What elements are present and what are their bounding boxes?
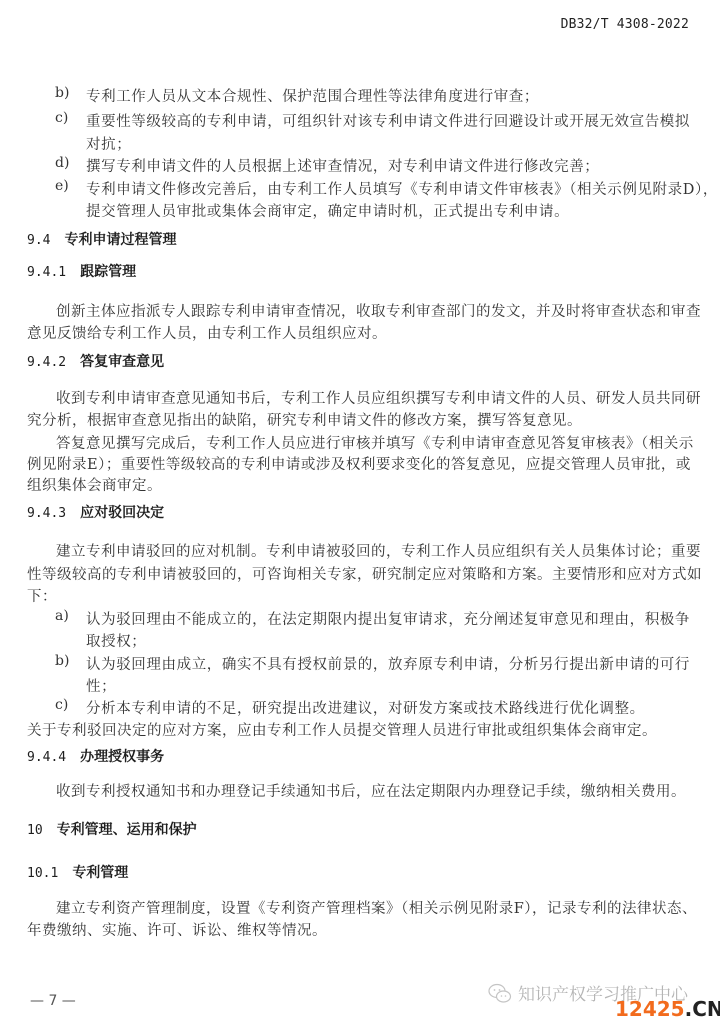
site-watermark: 12425.CN — [615, 997, 720, 1021]
list-item-text: 专利工作人员从文本合规性、保护范围合理性等法律角度进行审查； — [86, 85, 539, 106]
list-marker: b) — [55, 653, 69, 669]
paragraph-line: 例见附录E）；重要性等级较高的专利申请或涉及权利要求变化的答复意见，应提交管理人… — [27, 453, 691, 474]
section-number: 9.4 — [27, 233, 50, 248]
wechat-icon — [488, 982, 512, 1006]
section-heading-9-4: 9.4专利申请过程管理 — [27, 229, 176, 249]
section-heading-9-4-4: 9.4.4办理授权事务 — [27, 746, 164, 766]
site-tld: .CN — [685, 997, 720, 1021]
list-marker: b) — [55, 85, 69, 101]
list-item-text: 对抗； — [86, 133, 131, 154]
section-number: 9.4.1 — [27, 265, 66, 280]
list-marker: c) — [55, 110, 68, 126]
paragraph-line: 答复意见撰写完成后，专利工作人员应进行审核并填写《专利申请审查意见答复审核表》（… — [56, 432, 694, 453]
section-title: 专利管理、运用和保护 — [57, 822, 197, 838]
page-number: — 7 — — [30, 993, 76, 1009]
paragraph-line: 创新主体应指派专人跟踪专利申请审查情况，收取专利审查部门的发文，并及时将审查状态… — [56, 300, 701, 321]
paragraph-line: 下： — [27, 585, 57, 606]
paragraph-line: 年费缴纳、实施、许可、诉讼、维权等情况。 — [27, 919, 327, 940]
section-title: 跟踪管理 — [80, 264, 136, 280]
paragraph-line: 性等级较高的专利申请被驳回的，可咨询相关专家，研究制定应对策略和方案。主要情形和… — [27, 563, 702, 584]
section-number: 9.4.2 — [27, 355, 66, 370]
paragraph-line: 建立专利申请驳回的应对机制。专利申请被驳回的，专利工作人员应组织有关人员集体讨论… — [56, 540, 701, 561]
list-item-text: 分析本专利申请的不足，研究提出改进建议，对研发方案或技术路线进行优化调整。 — [86, 697, 645, 718]
list-item-text: 重要性等级较高的专利申请，可组织针对该专利申请文件进行回避设计或开展无效宣告模拟 — [86, 110, 690, 131]
list-item-text: 提交管理人员审批或集体会商审定，确定申请时机，正式提出专利申请。 — [86, 200, 569, 221]
list-item-text: 专利申请文件修改完善后，由专利工作人员填写《专利申请文件审核表》（相关示例见附录… — [86, 178, 718, 199]
section-title: 办理授权事务 — [80, 749, 164, 765]
paragraph-line: 收到专利授权通知书和办理登记手续通知书后，应在法定期限内办理登记手续，缴纳相关费… — [56, 780, 686, 801]
list-marker: a) — [55, 608, 69, 624]
list-marker: c) — [55, 697, 68, 713]
site-number: 12425 — [615, 997, 685, 1021]
paragraph-line: 意见反馈给专利工作人员，由专利工作人员组织应对。 — [27, 322, 387, 343]
section-heading-10: 10专利管理、运用和保护 — [27, 819, 197, 839]
section-number: 9.4.3 — [27, 506, 66, 521]
section-number: 9.4.4 — [27, 750, 66, 765]
section-heading-10-1: 10.1专利管理 — [27, 862, 128, 882]
section-heading-9-4-2: 9.4.2答复审查意见 — [27, 351, 164, 371]
section-title: 专利管理 — [72, 865, 128, 881]
paragraph-line: 关于专利驳回决定的应对方案，应由专利工作人员提交管理人员进行审批或组织集体会商审… — [27, 719, 657, 740]
list-marker: d) — [55, 155, 69, 171]
list-item-text: 认为驳回理由成立，确实不具有授权前景的，放弃原专利申请，分析另行提出新申请的可行 — [86, 653, 690, 674]
list-item-text: 撰写专利申请文件的人员根据上述审查情况，对专利申请文件进行修改完善； — [86, 155, 599, 176]
list-item-text: 认为驳回理由不能成立的，在法定期限内提出复审请求，充分阐述复审意见和理由，积极争 — [86, 608, 690, 629]
section-title: 专利申请过程管理 — [64, 232, 176, 248]
list-item-text: 性； — [86, 675, 116, 696]
section-title: 应对驳回决定 — [80, 505, 164, 521]
paragraph-line: 建立专利资产管理制度，设置《专利资产管理档案》（相关示例见附录F），记录专利的法… — [56, 897, 697, 918]
section-heading-9-4-3: 9.4.3应对驳回决定 — [27, 502, 164, 522]
section-number: 10.1 — [27, 866, 58, 881]
section-heading-9-4-1: 9.4.1跟踪管理 — [27, 261, 136, 281]
paragraph-line: 究分析，根据审查意见指出的缺陷，研究专利申请文件的修改方案，撰写答复意见。 — [27, 409, 582, 430]
paragraph-line: 组织集体会商审定。 — [27, 474, 162, 495]
section-number: 10 — [27, 823, 43, 838]
list-item-text: 取授权； — [86, 630, 146, 651]
section-title: 答复审查意见 — [80, 354, 164, 370]
document-code: DB32/T 4308-2022 — [561, 17, 689, 32]
list-marker: e) — [55, 178, 69, 194]
paragraph-line: 收到专利申请审查意见通知书后，专利工作人员应组织撰写专利申请文件的人员、研发人员… — [56, 387, 701, 408]
